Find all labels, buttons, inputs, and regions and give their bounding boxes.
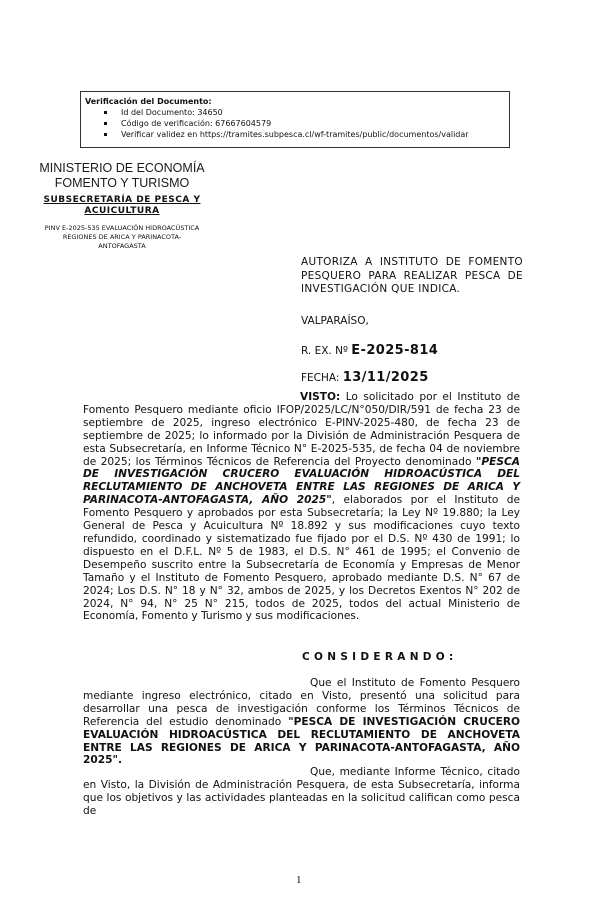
page-number: 1 — [296, 874, 302, 886]
pinv-line-3: ANTOFAGASTA — [22, 242, 222, 251]
verification-code: Código de verificación: 67667604579 — [121, 118, 509, 129]
considerando-paragraph-1: Que el Instituto de Fomento Pesquero med… — [83, 677, 520, 767]
considerando-heading: CONSIDERANDO: — [302, 651, 458, 663]
visto-label: VISTO: — [300, 391, 340, 403]
resolution-summary: AUTORIZA A INSTITUTO DE FOMENTO PESQUERO… — [301, 256, 523, 297]
ministry-line-1: MINISTERIO DE ECONOMÍA — [22, 161, 222, 176]
verification-list: Id del Documento: 34650 Código de verifi… — [85, 107, 509, 140]
subsecretaria-line-1: SUBSECRETARÍA DE PESCA Y — [22, 195, 222, 206]
pinv-reference: PINV E-2025-535 EVALUACIÓN HIDROACÚSTICA… — [22, 224, 222, 251]
ministry-line-2: FOMENTO Y TURISMO — [22, 176, 222, 191]
verification-box: Verificación del Documento: Id del Docum… — [80, 91, 510, 148]
resolution-number: R. EX. Nº E-2025-814 — [301, 343, 438, 358]
subsecretaria-name: SUBSECRETARÍA DE PESCA Y ACUICULTURA — [22, 195, 222, 217]
fecha-label: FECHA: — [301, 372, 339, 384]
subsecretaria-line-2: ACUICULTURA — [22, 206, 222, 217]
pinv-line-2: REGIONES DE ARICA Y PARINACOTA- — [22, 233, 222, 242]
verification-title: Verificación del Documento: — [85, 96, 509, 107]
pinv-line-1: PINV E-2025-535 EVALUACIÓN HIDROACÚSTICA — [22, 224, 222, 233]
visto-paragraph: VISTO: Lo solicitado por el Instituto de… — [83, 391, 520, 623]
resolution-date: FECHA: 13/11/2025 — [301, 370, 429, 385]
fecha-value: 13/11/2025 — [343, 370, 429, 385]
verification-url[interactable]: Verificar validez en https://tramites.su… — [121, 129, 509, 140]
rex-number: E-2025-814 — [351, 343, 438, 358]
verification-doc-id: Id del Documento: 34650 — [121, 107, 509, 118]
considerando-paragraph-2: Que, mediante Informe Técnico, citado en… — [83, 766, 520, 818]
rex-label: R. EX. Nº — [301, 345, 348, 357]
visto-text-b: , elaborados por el Instituto de Fomento… — [83, 494, 520, 622]
ministry-name: MINISTERIO DE ECONOMÍA FOMENTO Y TURISMO — [22, 161, 222, 191]
city-line: VALPARAÍSO, — [301, 315, 369, 327]
